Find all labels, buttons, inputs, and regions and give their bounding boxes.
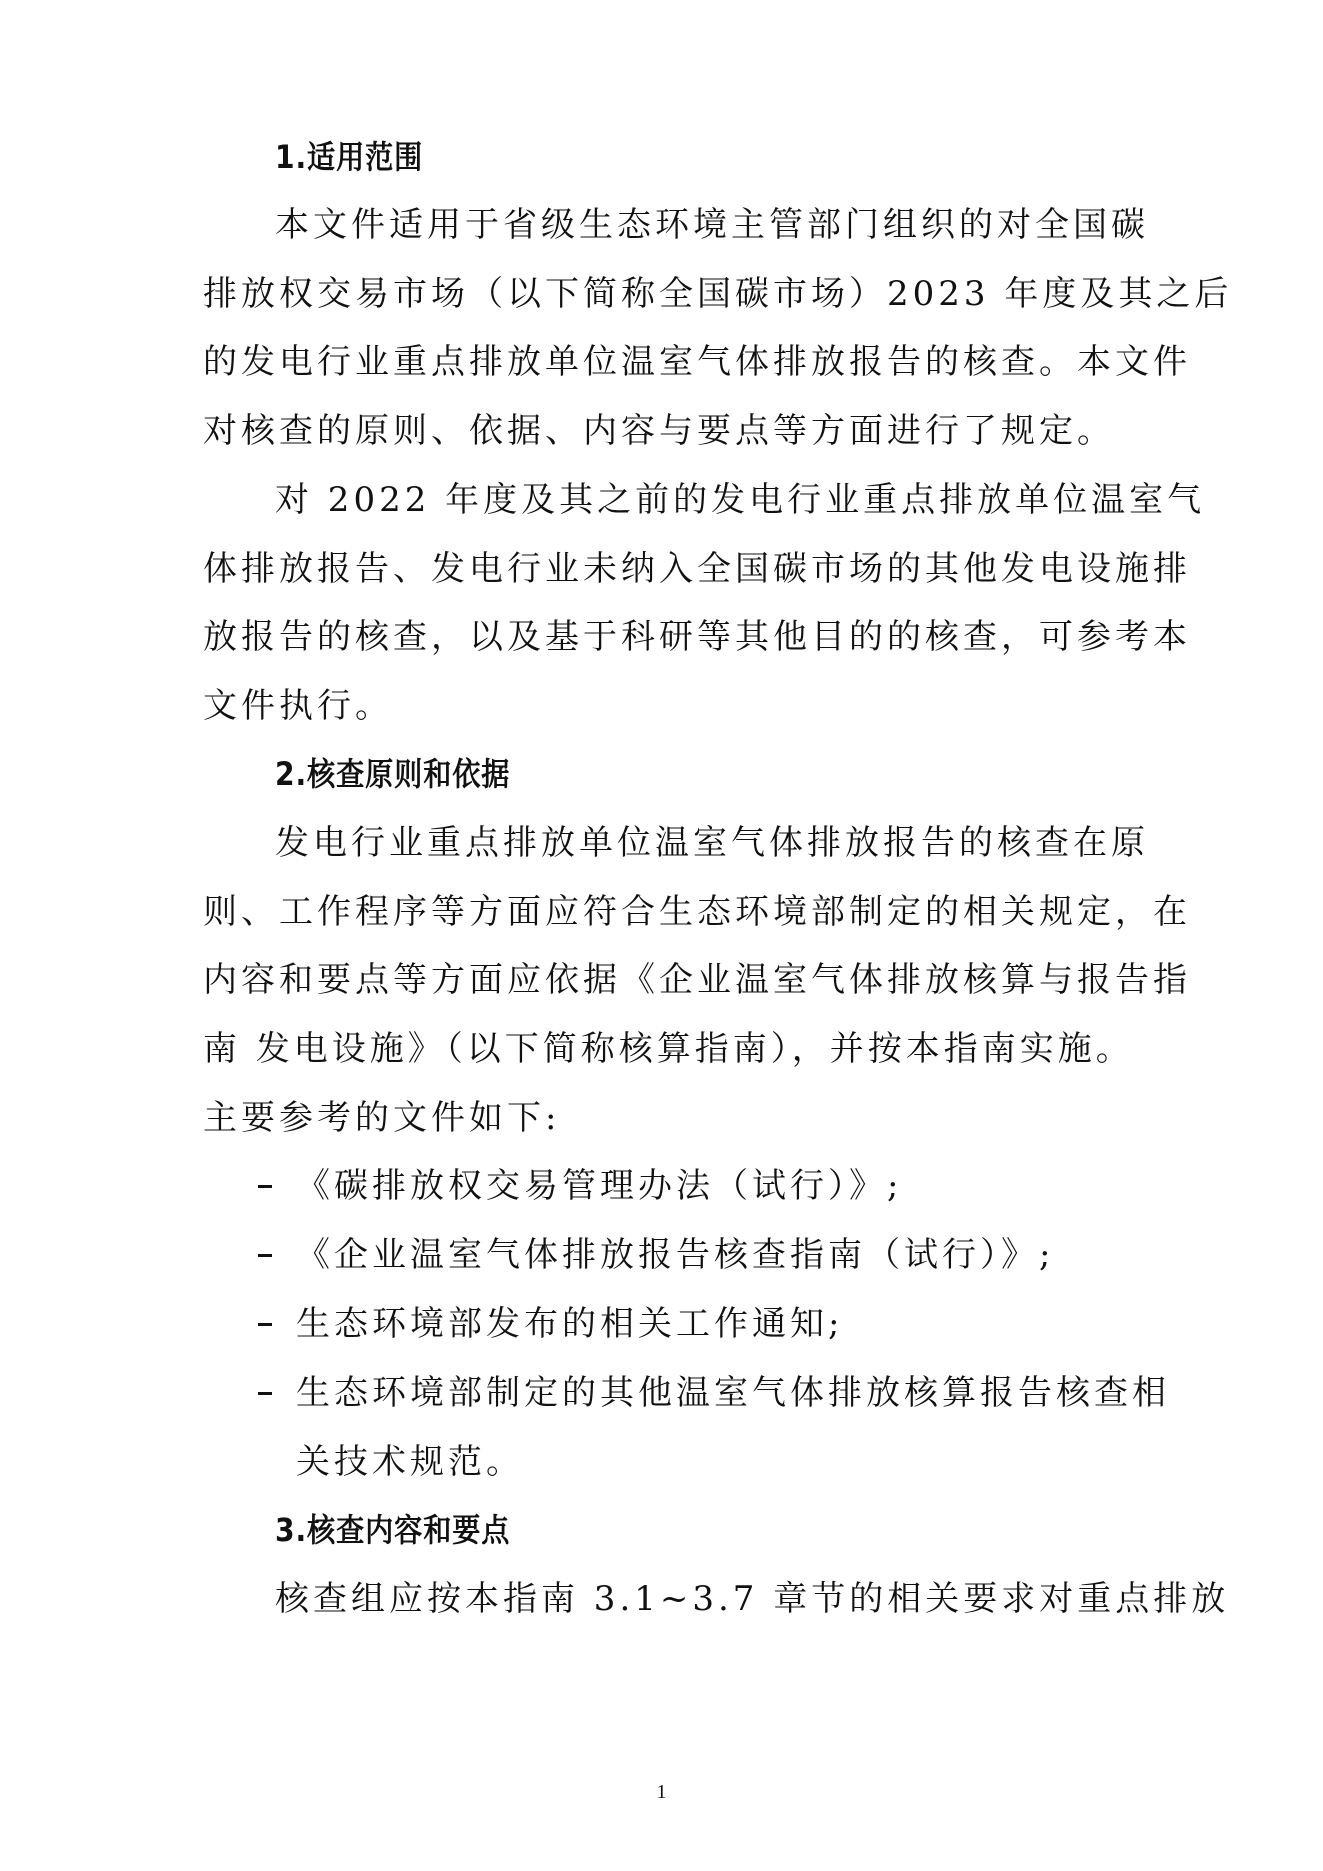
reference-list-item: 生态环境部发布的相关工作通知; <box>258 1299 843 1349</box>
section-heading-content: 3.核查内容和要点 <box>275 1505 510 1555</box>
reference-text: 生态环境部发布的相关工作通知; <box>296 1299 843 1349</box>
paragraph-line: 对核查的原则、依据、内容与要点等方面进行了规定。 <box>203 406 1123 456</box>
reference-text: 《碳排放权交易管理办法（试行）》; <box>296 1161 902 1211</box>
section-heading-scope: 1.适用范围 <box>275 132 423 182</box>
paragraph-line: 体排放报告、发电行业未纳入全国碳市场的其他发电设施排 <box>203 544 1123 594</box>
reference-text: 生态环境部制定的其他温室气体排放核算报告核查相 <box>296 1368 1124 1418</box>
paragraph-line: 主要参考的文件如下: <box>203 1093 1123 1143</box>
paragraph-line: 南 发电设施》（以下简称核算指南），并按本指南实施。 <box>203 1024 1123 1074</box>
paragraph-line: 则、工作程序等方面应符合生态环境部制定的相关规定，在 <box>203 887 1123 937</box>
dash-bullet-icon <box>258 1254 272 1257</box>
paragraph-line: 对 2022 年度及其之前的发电行业重点排放单位温室气 <box>275 475 1123 525</box>
reference-continuation: 关技术规范。 <box>296 1437 524 1487</box>
paragraph-line: 本文件适用于省级生态环境主管部门组织的对全国碳 <box>275 200 1123 250</box>
paragraph-line: 的发电行业重点排放单位温室气体排放报告的核查。本文件 <box>203 337 1123 387</box>
reference-text: 《企业温室气体排放报告核查指南（试行）》; <box>296 1230 1054 1280</box>
document-page: 1.适用范围 本文件适用于省级生态环境主管部门组织的对全国碳 排放权交易市场（以… <box>0 0 1323 1871</box>
dash-bullet-icon <box>258 1392 272 1395</box>
dash-bullet-icon <box>258 1185 272 1188</box>
paragraph-line: 核查组应按本指南 3.1~3.7 章节的相关要求对重点排放 <box>275 1574 1123 1624</box>
section-heading-principles: 2.核查原则和依据 <box>275 749 510 799</box>
paragraph-line: 排放权交易市场（以下简称全国碳市场）2023 年度及其之后 <box>203 269 1123 319</box>
page-number: 1 <box>0 1780 1323 1804</box>
reference-list-item: 《碳排放权交易管理办法（试行）》; <box>258 1161 902 1211</box>
paragraph-line: 文件执行。 <box>203 681 1123 731</box>
paragraph-line: 放报告的核查，以及基于科研等其他目的的核查，可参考本 <box>203 612 1123 662</box>
paragraph-line: 发电行业重点排放单位温室气体排放报告的核查在原 <box>275 818 1123 868</box>
dash-bullet-icon <box>258 1323 272 1326</box>
paragraph-line: 内容和要点等方面应依据《企业温室气体排放核算与报告指 <box>203 955 1123 1005</box>
reference-list-item: 生态环境部制定的其他温室气体排放核算报告核查相 <box>258 1368 1124 1418</box>
reference-list-item: 《企业温室气体排放报告核查指南（试行）》; <box>258 1230 1054 1280</box>
